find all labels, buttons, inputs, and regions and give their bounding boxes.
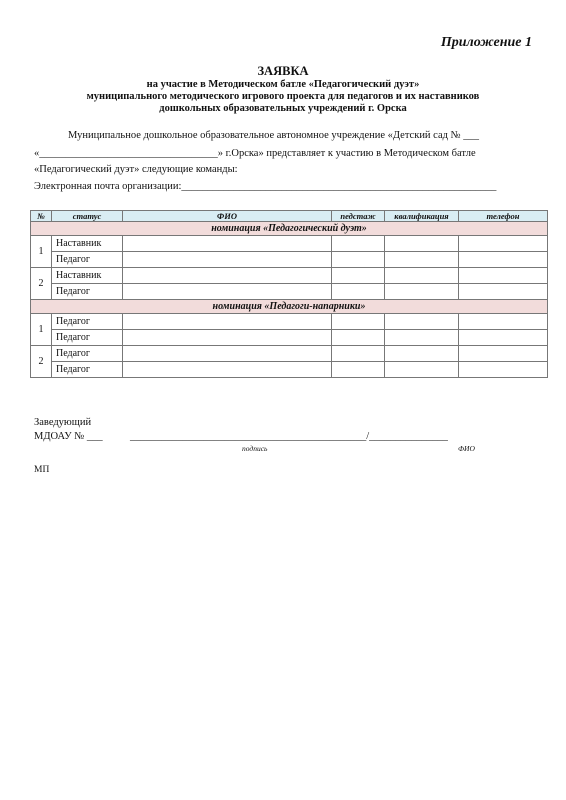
team-number: 1 [31,236,52,268]
fio-cell[interactable] [123,284,332,300]
col-header-fio: ФИО [123,211,332,222]
member-status: Педагог [52,252,123,268]
qualification-cell[interactable] [385,252,459,268]
experience-cell[interactable] [332,330,385,346]
member-status: Педагог [52,346,123,362]
teams-table: № статус ФИО педстаж квалификация телефо… [30,210,548,378]
phone-cell[interactable] [459,346,548,362]
qualification-cell[interactable] [385,284,459,300]
fio-cell[interactable] [123,236,332,252]
fio-cell[interactable] [123,268,332,284]
member-status: Педагог [52,330,123,346]
appendix-label: Приложение 1 [441,35,532,51]
intro-line-1: Муниципальное дошкольное образовательное… [68,130,479,141]
col-header-phone: телефон [459,211,548,222]
col-header-status: статус [52,211,123,222]
phone-cell[interactable] [459,314,548,330]
table-row: Педагог [31,284,548,300]
nomination-row: номинация «Педагогический дуэт» [31,222,548,236]
table-row: Педагог [31,252,548,268]
table-header-row: № статус ФИО педстаж квалификация телефо… [31,211,548,222]
experience-cell[interactable] [332,362,385,378]
col-header-number: № [31,211,52,222]
qualification-cell[interactable] [385,314,459,330]
member-status: Педагог [52,362,123,378]
signature-org: МДОАУ № ___ [34,431,103,442]
col-header-experience: педстаж [332,211,385,222]
experience-cell[interactable] [332,268,385,284]
signature-position: Заведующий [34,417,91,428]
intro-line-3: «Педагогический дуэт» следующие команды: [34,164,238,175]
stamp-label: МП [34,465,49,475]
phone-cell[interactable] [459,284,548,300]
fio-cell[interactable] [123,252,332,268]
nomination-title: номинация «Педагогический дуэт» [31,222,548,236]
table-row: 2Наставник [31,268,548,284]
experience-cell[interactable] [332,284,385,300]
team-number: 2 [31,268,52,300]
subtitle-line-1: на участие в Методическом батле «Педагог… [0,79,566,90]
qualification-cell[interactable] [385,346,459,362]
team-number: 2 [31,346,52,378]
table-row: 1Наставник [31,236,548,252]
member-status: Педагог [52,314,123,330]
fio-cell[interactable] [123,362,332,378]
table-row: Педагог [31,362,548,378]
experience-cell[interactable] [332,236,385,252]
signature-label: подпись [242,444,267,453]
phone-cell[interactable] [459,330,548,346]
email-field-line: Электронная почта организации:__________… [34,181,496,192]
table-row: Педагог [31,330,548,346]
qualification-cell[interactable] [385,330,459,346]
table-row: 1Педагог [31,314,548,330]
nomination-row: номинация «Педагоги-напарники» [31,300,548,314]
member-status: Наставник [52,268,123,284]
team-number: 1 [31,314,52,346]
experience-cell[interactable] [332,346,385,362]
fio-cell[interactable] [123,330,332,346]
phone-cell[interactable] [459,236,548,252]
table-row: 2Педагог [31,346,548,362]
member-status: Наставник [52,236,123,252]
document-title: ЗАЯВКА [0,64,566,79]
phone-cell[interactable] [459,252,548,268]
qualification-cell[interactable] [385,362,459,378]
qualification-cell[interactable] [385,236,459,252]
phone-cell[interactable] [459,362,548,378]
fio-cell[interactable] [123,314,332,330]
experience-cell[interactable] [332,314,385,330]
nomination-title: номинация «Педагоги-напарники» [31,300,548,314]
name-label: ФИО [458,444,475,453]
subtitle-line-2: муниципального методического игрового пр… [0,91,566,102]
fio-cell[interactable] [123,346,332,362]
qualification-cell[interactable] [385,268,459,284]
phone-cell[interactable] [459,268,548,284]
experience-cell[interactable] [332,252,385,268]
member-status: Педагог [52,284,123,300]
subtitle-line-3: дошкольных образовательных учреждений г.… [0,103,566,114]
intro-line-2: «__________________________________» г.О… [34,148,476,159]
signature-line: ________________________________________… [130,431,448,442]
col-header-qualification: квалификация [385,211,459,222]
